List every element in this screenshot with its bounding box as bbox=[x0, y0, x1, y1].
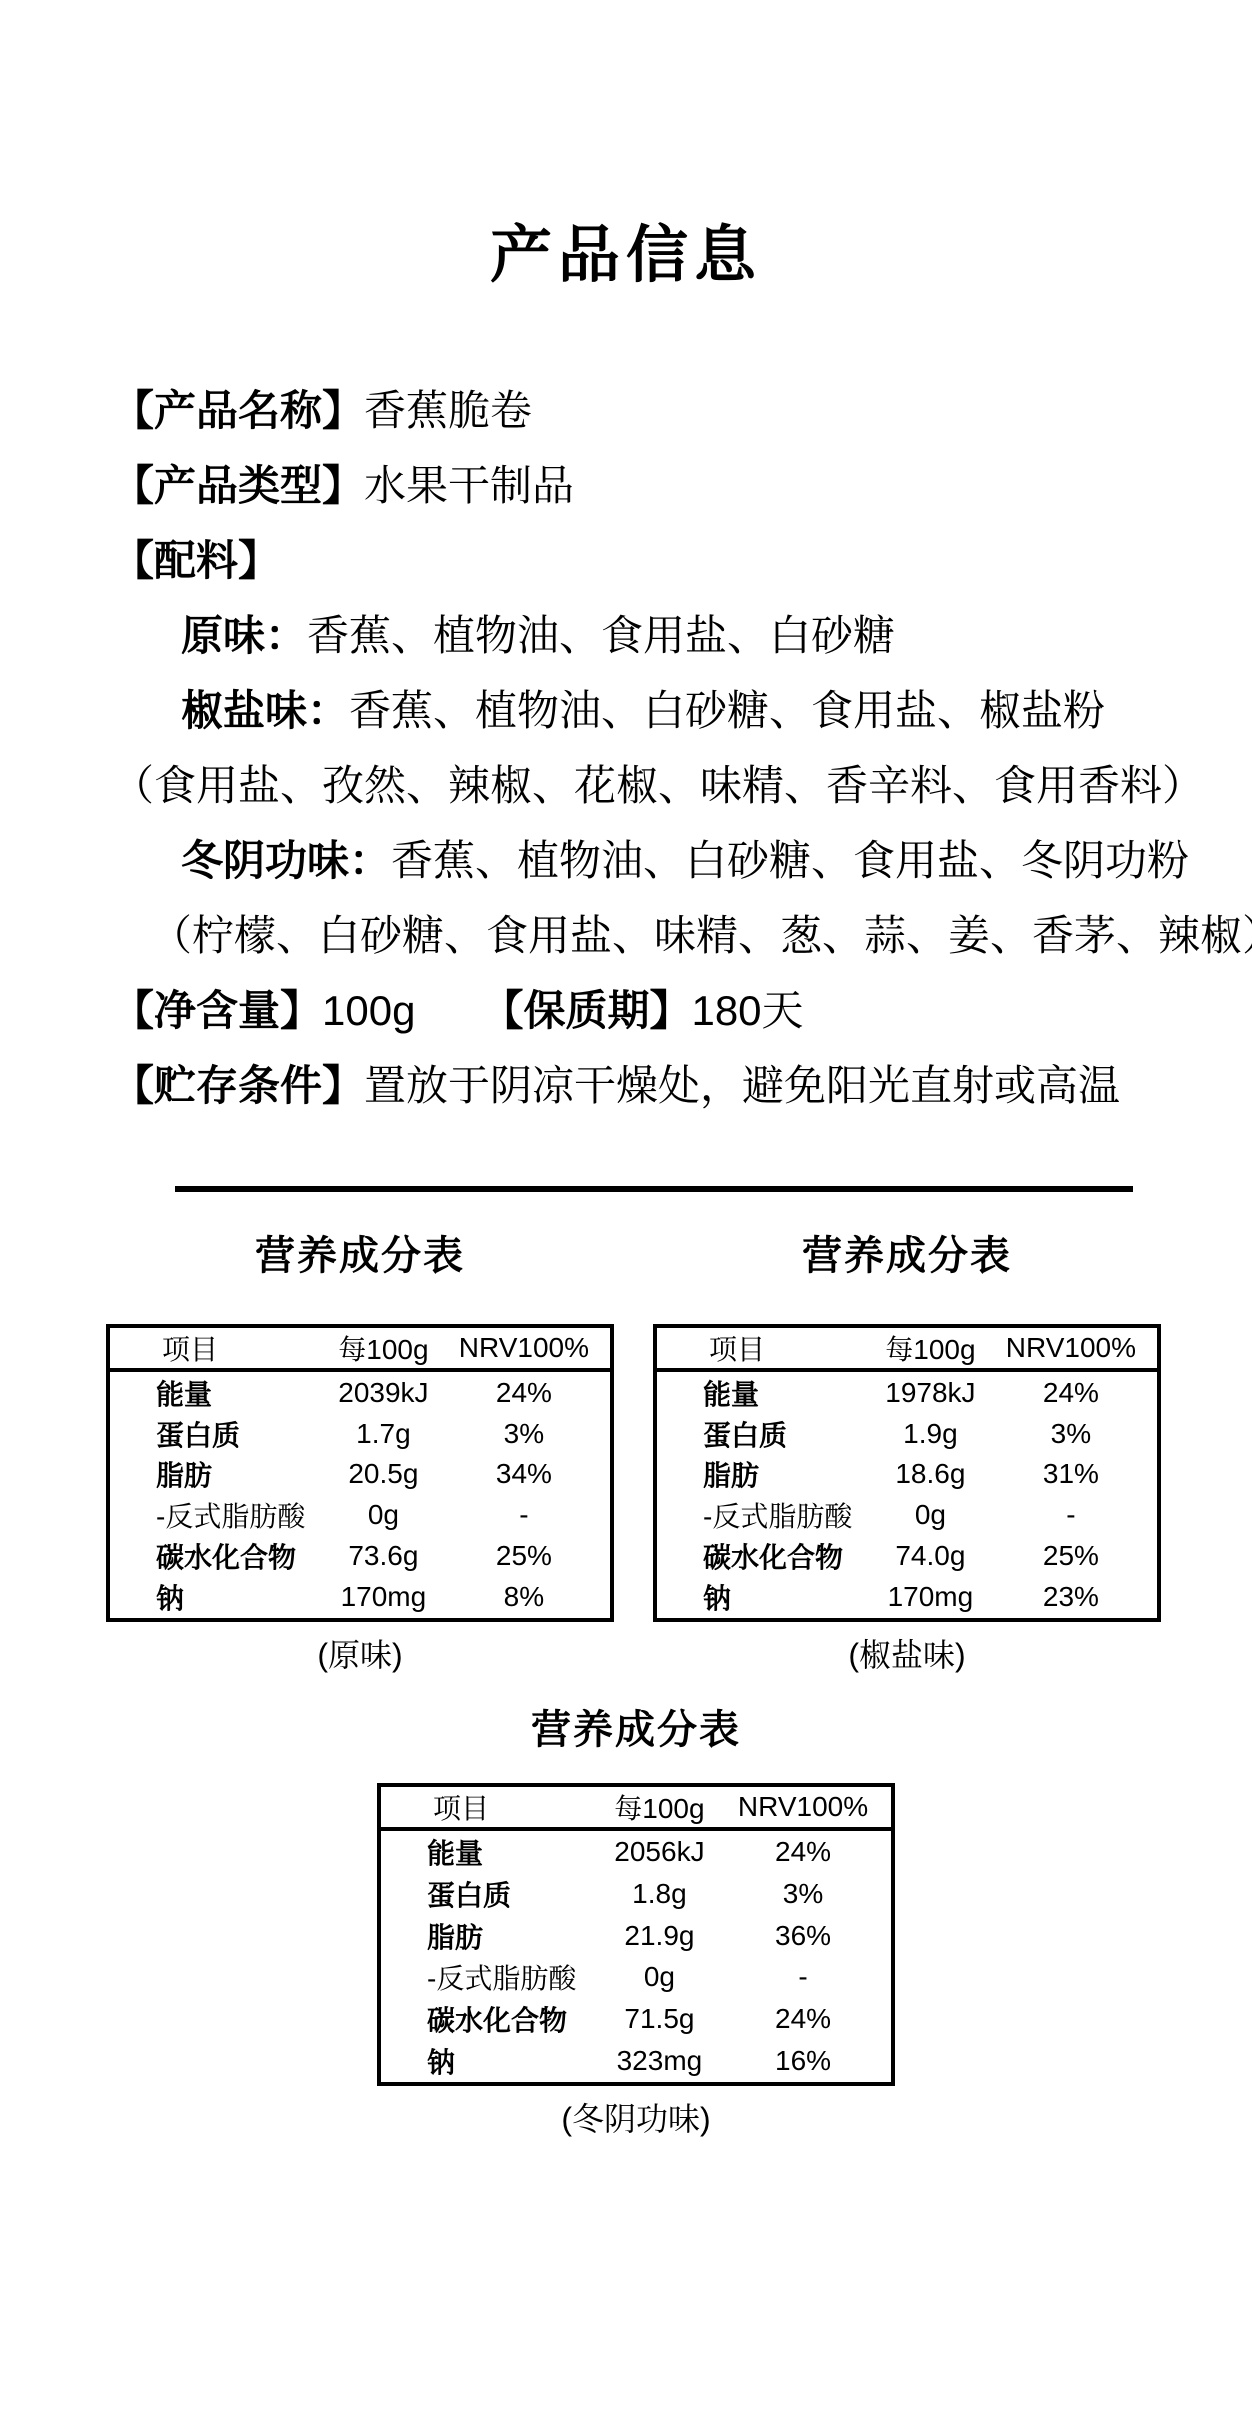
nutrient-nrv: 25% bbox=[438, 1536, 612, 1577]
nutrient-amount: 170mg bbox=[329, 1577, 438, 1620]
ingredient-line-tom-yum: 冬阴功味：香蕉、植物油、白砂糖、食用盐、冬阴功粉 bbox=[112, 823, 1202, 898]
column-header: NRV100% bbox=[715, 1785, 893, 1829]
net-weight-label: 【净含量】 bbox=[112, 987, 322, 1034]
nutrient-nrv: 36% bbox=[715, 1915, 893, 1957]
nutrient-row: 能量1978kJ24% bbox=[655, 1370, 1159, 1413]
column-header: 项目 bbox=[379, 1785, 604, 1829]
product-type-line: 【产品类型】水果干制品 bbox=[112, 448, 1202, 523]
nutrient-label: 能量 bbox=[655, 1370, 876, 1413]
storage-label: 【贮存条件】 bbox=[112, 1062, 364, 1109]
ingredient-note-tom-yum: （柠檬、白砂糖、食用盐、味精、葱、蒜、姜、香茅、辣椒） bbox=[112, 898, 1202, 973]
nutrient-label: -反式脂肪酸 bbox=[655, 1495, 876, 1536]
nutrient-amount: 18.6g bbox=[876, 1454, 985, 1495]
nutrient-nrv: 3% bbox=[985, 1413, 1159, 1454]
net-weight-value: 100g bbox=[322, 987, 415, 1034]
column-header: 项目 bbox=[655, 1326, 876, 1370]
nutrition-table-tom-yum: 项目每100gNRV100%能量2056kJ24%蛋白质1.8g3%脂肪21.9… bbox=[377, 1783, 895, 2086]
nutrient-amount: 323mg bbox=[604, 2040, 715, 2084]
nutrient-nrv: 31% bbox=[985, 1454, 1159, 1495]
ingredient-items-tom-yum: 香蕉、植物油、白砂糖、食用盐、冬阴功粉 bbox=[391, 837, 1189, 884]
nutrient-amount: 71.5g bbox=[604, 1998, 715, 2040]
flavor-label-original: 原味： bbox=[181, 612, 307, 659]
column-header: NRV100% bbox=[438, 1326, 612, 1370]
ingredient-note-pepper-salt: （食用盐、孜然、辣椒、花椒、味精、香辛料、食用香料） bbox=[112, 748, 1202, 823]
ingredient-items-pepper-salt: 香蕉、植物油、白砂糖、食用盐、椒盐粉 bbox=[349, 687, 1105, 734]
nutrient-row: -反式脂肪酸0g- bbox=[655, 1495, 1159, 1536]
nutrient-amount: 1978kJ bbox=[876, 1370, 985, 1413]
nutrition-table-caption-pepper-salt: (椒盐味) bbox=[653, 1630, 1161, 1676]
nutrient-label: 碳水化合物 bbox=[108, 1536, 329, 1577]
nutrition-table-title-pepper-salt: 营养成分表 bbox=[653, 1224, 1161, 1281]
storage-line: 【贮存条件】置放于阴凉干燥处，避免阳光直射或高温 bbox=[112, 1048, 1202, 1123]
nutrient-amount: 0g bbox=[329, 1495, 438, 1536]
nutrient-row: 钠170mg23% bbox=[655, 1577, 1159, 1620]
nutrient-row: -反式脂肪酸0g- bbox=[379, 1956, 893, 1998]
nutrient-nrv: 3% bbox=[438, 1413, 612, 1454]
nutrient-nrv: 34% bbox=[438, 1454, 612, 1495]
column-header: 每100g bbox=[876, 1326, 985, 1370]
nutrition-table-title-tom-yum: 营养成分表 bbox=[377, 1698, 895, 1755]
nutrient-label: 钠 bbox=[108, 1577, 329, 1620]
nutrient-label: -反式脂肪酸 bbox=[379, 1956, 604, 1998]
nutrient-label: 碳水化合物 bbox=[655, 1536, 876, 1577]
nutrient-amount: 0g bbox=[876, 1495, 985, 1536]
nutrient-amount: 20.5g bbox=[329, 1454, 438, 1495]
product-name-value: 香蕉脆卷 bbox=[364, 387, 532, 434]
product-type-value: 水果干制品 bbox=[364, 462, 574, 509]
net-weight-shelf-life-line: 【净含量】100g【保质期】180天 bbox=[112, 973, 1202, 1048]
nutrient-row: 钠323mg16% bbox=[379, 2040, 893, 2084]
nutrient-label: 钠 bbox=[379, 2040, 604, 2084]
table-header-row: 项目每100gNRV100% bbox=[379, 1785, 893, 1829]
nutrient-nrv: 23% bbox=[985, 1577, 1159, 1620]
product-name-label: 【产品名称】 bbox=[112, 387, 364, 434]
nutrient-nrv: 25% bbox=[985, 1536, 1159, 1577]
nutrient-amount: 74.0g bbox=[876, 1536, 985, 1577]
ingredient-line-original: 原味：香蕉、植物油、食用盐、白砂糖 bbox=[112, 598, 1202, 673]
nutrient-amount: 1.7g bbox=[329, 1413, 438, 1454]
shelf-life-label: 【保质期】 bbox=[481, 987, 691, 1034]
nutrient-nrv: 16% bbox=[715, 2040, 893, 2084]
product-info-section: 【产品名称】香蕉脆卷 【产品类型】水果干制品 【配料】 原味：香蕉、植物油、食用… bbox=[112, 373, 1202, 1123]
nutrient-label: 蛋白质 bbox=[108, 1413, 329, 1454]
nutrient-label: 脂肪 bbox=[108, 1454, 329, 1495]
nutrient-row: 蛋白质1.7g3% bbox=[108, 1413, 612, 1454]
nutrient-nrv: 3% bbox=[715, 1873, 893, 1915]
nutrient-nrv: 24% bbox=[715, 1998, 893, 2040]
ingredient-line-pepper-salt: 椒盐味：香蕉、植物油、白砂糖、食用盐、椒盐粉 bbox=[112, 673, 1202, 748]
nutrient-amount: 0g bbox=[604, 1956, 715, 1998]
nutrient-label: 蛋白质 bbox=[379, 1873, 604, 1915]
table-header-row: 项目每100gNRV100% bbox=[655, 1326, 1159, 1370]
section-divider bbox=[175, 1186, 1133, 1192]
nutrient-nrv: 24% bbox=[438, 1370, 612, 1413]
nutrition-table-caption-tom-yum: (冬阴功味) bbox=[377, 2094, 895, 2140]
nutrient-row: 脂肪20.5g34% bbox=[108, 1454, 612, 1495]
nutrient-label: -反式脂肪酸 bbox=[108, 1495, 329, 1536]
nutrient-label: 碳水化合物 bbox=[379, 1998, 604, 2040]
nutrient-row: 脂肪18.6g31% bbox=[655, 1454, 1159, 1495]
nutrient-nrv: - bbox=[715, 1956, 893, 1998]
nutrient-nrv: - bbox=[985, 1495, 1159, 1536]
nutrient-label: 蛋白质 bbox=[655, 1413, 876, 1454]
column-header: 每100g bbox=[604, 1785, 715, 1829]
column-header: 项目 bbox=[108, 1326, 329, 1370]
page-title: 产品信息 bbox=[0, 205, 1252, 294]
storage-value: 置放于阴凉干燥处，避免阳光直射或高温 bbox=[364, 1062, 1120, 1109]
nutrient-amount: 21.9g bbox=[604, 1915, 715, 1957]
nutrient-row: 脂肪21.9g36% bbox=[379, 1915, 893, 1957]
nutrient-row: 蛋白质1.8g3% bbox=[379, 1873, 893, 1915]
nutrient-nrv: 24% bbox=[985, 1370, 1159, 1413]
product-type-label: 【产品类型】 bbox=[112, 462, 364, 509]
ingredients-header-line: 【配料】 bbox=[112, 523, 1202, 598]
ingredients-label: 【配料】 bbox=[112, 537, 280, 584]
nutrient-row: 钠170mg8% bbox=[108, 1577, 612, 1620]
nutrient-row: 能量2056kJ24% bbox=[379, 1829, 893, 1873]
nutrient-amount: 73.6g bbox=[329, 1536, 438, 1577]
nutrient-row: 碳水化合物74.0g25% bbox=[655, 1536, 1159, 1577]
nutrient-amount: 170mg bbox=[876, 1577, 985, 1620]
flavor-label-tom-yum: 冬阴功味： bbox=[181, 837, 391, 884]
nutrient-row: -反式脂肪酸0g- bbox=[108, 1495, 612, 1536]
product-info-page: 产品信息 【产品名称】香蕉脆卷 【产品类型】水果干制品 【配料】 原味：香蕉、植… bbox=[0, 0, 1252, 2433]
nutrition-table-original: 项目每100gNRV100%能量2039kJ24%蛋白质1.7g3%脂肪20.5… bbox=[106, 1324, 614, 1622]
nutrient-label: 能量 bbox=[108, 1370, 329, 1413]
table-header-row: 项目每100gNRV100% bbox=[108, 1326, 612, 1370]
flavor-label-pepper-salt: 椒盐味： bbox=[181, 687, 349, 734]
column-header: NRV100% bbox=[985, 1326, 1159, 1370]
product-name-line: 【产品名称】香蕉脆卷 bbox=[112, 373, 1202, 448]
nutrient-amount: 1.8g bbox=[604, 1873, 715, 1915]
nutrition-table-caption-original: (原味) bbox=[106, 1630, 614, 1676]
nutrition-table-pepper-salt: 项目每100gNRV100%能量1978kJ24%蛋白质1.9g3%脂肪18.6… bbox=[653, 1324, 1161, 1622]
nutrient-label: 脂肪 bbox=[379, 1915, 604, 1957]
nutrient-row: 蛋白质1.9g3% bbox=[655, 1413, 1159, 1454]
nutrient-label: 能量 bbox=[379, 1829, 604, 1873]
nutrient-row: 碳水化合物71.5g24% bbox=[379, 1998, 893, 2040]
nutrition-table-title-original: 营养成分表 bbox=[106, 1224, 614, 1281]
nutrient-label: 钠 bbox=[655, 1577, 876, 1620]
ingredient-items-original: 香蕉、植物油、食用盐、白砂糖 bbox=[307, 612, 895, 659]
nutrient-nrv: 24% bbox=[715, 1829, 893, 1873]
shelf-life-value: 180天 bbox=[691, 987, 803, 1034]
nutrient-label: 脂肪 bbox=[655, 1454, 876, 1495]
nutrient-amount: 1.9g bbox=[876, 1413, 985, 1454]
nutrient-nrv: - bbox=[438, 1495, 612, 1536]
nutrient-row: 能量2039kJ24% bbox=[108, 1370, 612, 1413]
nutrient-nrv: 8% bbox=[438, 1577, 612, 1620]
nutrient-amount: 2056kJ bbox=[604, 1829, 715, 1873]
nutrient-amount: 2039kJ bbox=[329, 1370, 438, 1413]
column-header: 每100g bbox=[329, 1326, 438, 1370]
nutrient-row: 碳水化合物73.6g25% bbox=[108, 1536, 612, 1577]
